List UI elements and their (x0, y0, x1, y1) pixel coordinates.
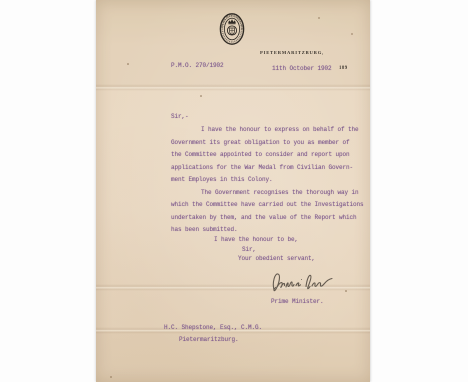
recipient-name: H.C. Shepstone, Esq., C.M.G. (164, 324, 262, 331)
valediction-line: Sir, (242, 246, 256, 253)
reference-number: P.M.O. 270/1902 (171, 62, 224, 69)
body-line: Government its great obligation to you a… (171, 139, 350, 146)
letter-photo: PRIME MINISTER'S OFFICE NATAL PIETERMARI… (0, 0, 468, 382)
paper-speck (110, 376, 112, 378)
body-line: undertaken by them, and the value of the… (171, 214, 357, 221)
fold-crease (96, 84, 370, 91)
body-line: applications for the War Medal from Civi… (171, 164, 353, 171)
prime-ministers-office-seal: PRIME MINISTER'S OFFICE NATAL (219, 12, 245, 46)
salutation: Sir,- (171, 113, 189, 120)
letterhead-year-placeholder: 189 (339, 66, 348, 72)
paper-speck (345, 290, 347, 292)
crown-icon (228, 19, 236, 23)
body-line: has been submitted. (171, 226, 238, 233)
paper-speck (127, 63, 129, 65)
prime-minister-signature (268, 266, 338, 300)
paper-speck (200, 95, 202, 97)
body-line: The Government recognises the thorough w… (171, 189, 359, 196)
valediction-line: Your obedient servant, (238, 255, 315, 262)
letterhead-place: PIETERMARITZBURG, (260, 50, 324, 56)
body-line: I have the honour to express on behalf o… (171, 126, 359, 133)
typed-date: 11th October 1902 (272, 65, 332, 72)
paper-speck (318, 17, 320, 19)
body-line: ment Employes in this Colony. (171, 176, 273, 183)
recipient-place: Pietermaritzburg. (179, 336, 239, 343)
valediction-line: I have the honour to be, (214, 236, 298, 243)
crown-base (228, 23, 235, 24)
paper-speck (351, 33, 353, 35)
body-line: which the Committee have carried out the… (171, 201, 364, 208)
signer-title: Prime Minister. (271, 298, 324, 305)
body-line: the Committee appointed to consider and … (171, 151, 350, 158)
